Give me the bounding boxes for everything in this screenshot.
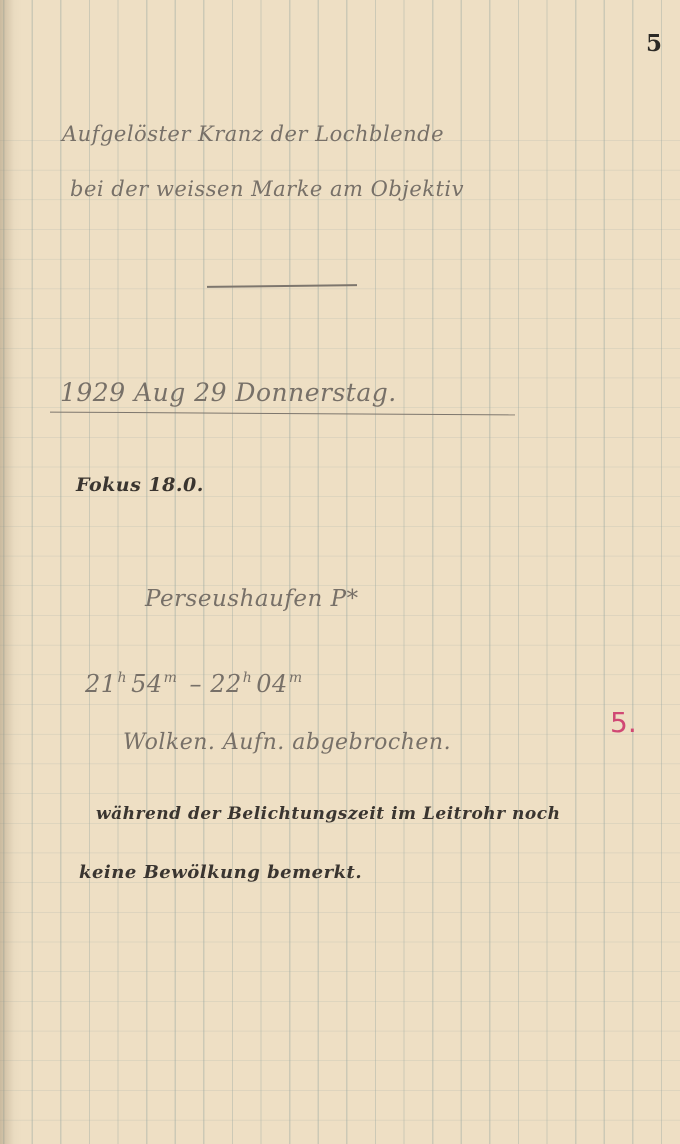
- hour-unit: h: [118, 670, 128, 686]
- header-note-line-2: bei der weissen Marke am Objektiv: [70, 177, 464, 201]
- minute-unit: m: [289, 670, 303, 686]
- notebook-page: 5 Aufgelöster Kranz der Lochblende bei d…: [0, 0, 680, 1144]
- end-minute: 04: [256, 670, 288, 698]
- start-hour: 21: [85, 670, 117, 698]
- note-line-2: keine Bewölkung bemerkt.: [79, 862, 362, 883]
- start-minute: 54: [131, 670, 163, 698]
- grid-vertical-lines: [0, 0, 680, 1144]
- section-divider: [207, 284, 357, 288]
- clouds-remark: Wolken. Aufn. abgebrochen.: [123, 730, 451, 755]
- header-note-line-1: Aufgelöster Kranz der Lochblende: [62, 122, 444, 146]
- hour-unit: h: [243, 670, 253, 686]
- grid-horizontal-lines: [0, 111, 680, 1144]
- exposure-time: 21h54m – 22h04m: [85, 670, 307, 698]
- date-underline: [50, 412, 515, 416]
- minute-unit: m: [164, 670, 178, 686]
- focus-setting: Fokus 18.0.: [76, 474, 204, 496]
- plate-number: 5.: [610, 706, 637, 739]
- time-separator: –: [190, 670, 203, 698]
- observed-object: Perseushaufen P*: [145, 586, 359, 612]
- end-hour: 22: [210, 670, 242, 698]
- page-number: 5: [646, 30, 662, 57]
- note-line-1: während der Belichtungszeit im Leitrohr …: [96, 804, 560, 824]
- page-binding-shadow: [0, 0, 14, 1144]
- entry-date: 1929 Aug 29 Donnerstag.: [60, 378, 397, 407]
